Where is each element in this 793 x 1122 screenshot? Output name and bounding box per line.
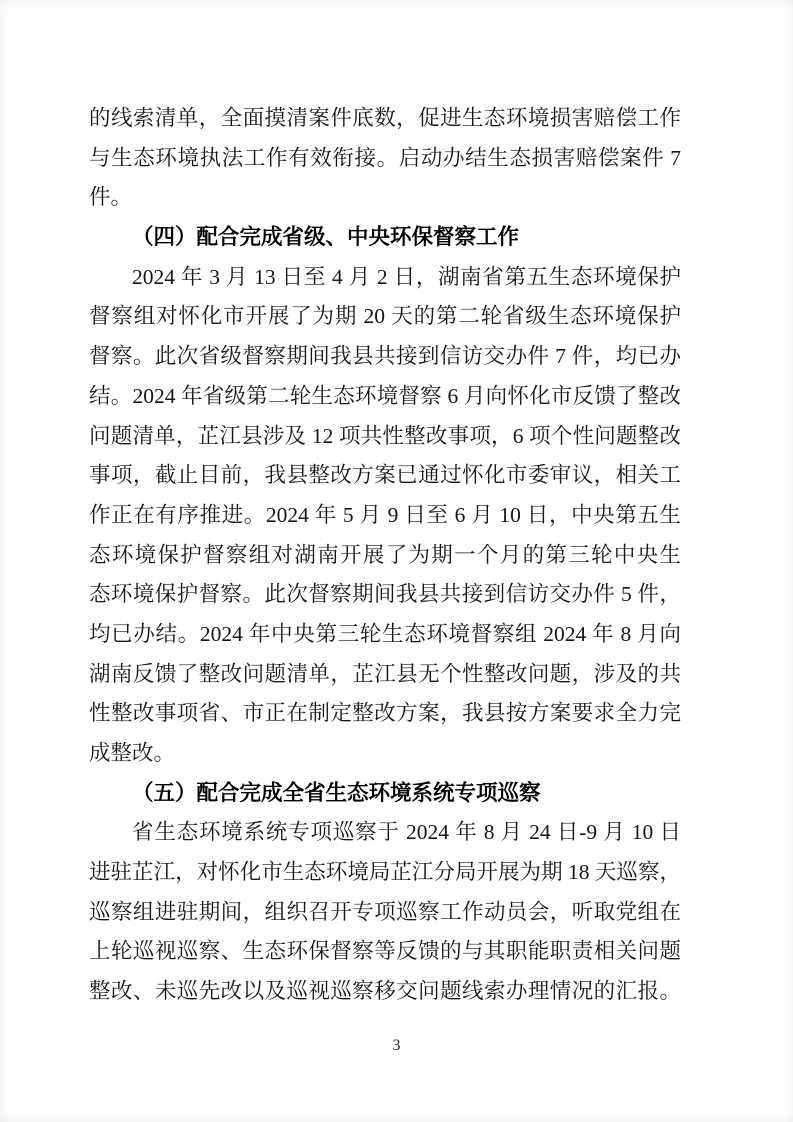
- text-line: 进驻芷江，对怀化市生态环境局芷江分局开展为期 18 天巡察，: [89, 853, 681, 893]
- text-line: 督察。此次省级督察期间我县共接到信访交办件 7 件，均已办: [89, 337, 681, 377]
- page-number: 3: [393, 1037, 401, 1054]
- text-line: 成整改。: [89, 734, 681, 774]
- text-line: 性整改事项省、市正在制定整改方案，我县按方案要求全力完: [89, 694, 681, 734]
- text-line: 均已办结。2024 年中央第三轮生态环境督察组 2024 年 8 月向: [89, 615, 681, 655]
- text-line: 省生态环境系统专项巡察于 2024 年 8 月 24 日-9 月 10 日: [89, 813, 681, 853]
- text-line: 态环境保护督察。此次督察期间我县共接到信访交办件 5 件，: [89, 575, 681, 615]
- text-line: 湖南反馈了整改问题清单，芷江县无个性整改问题，涉及的共: [89, 655, 681, 695]
- section-heading: （五）配合完成全省生态环境系统专项巡察: [89, 774, 681, 814]
- text-line: 问题清单，芷江县涉及 12 项共性整改事项，6 项个性问题整改: [89, 417, 681, 457]
- text-content: 的线索清单，全面摸清案件底数，促进生态环境损害赔偿工作与生态环境执法工作有效衔接…: [89, 99, 681, 1012]
- text-line: 结。2024 年省级第二轮生态环境督察 6 月向怀化市反馈了整改: [89, 377, 681, 417]
- text-line: 上轮巡视巡察、生态环保督察等反馈的与其职能职责相关问题: [89, 932, 681, 972]
- document-page: 的线索清单，全面摸清案件底数，促进生态环境损害赔偿工作与生态环境执法工作有效衔接…: [0, 0, 793, 1122]
- text-line: 整改、未巡先改以及巡视巡察移交问题线索办理情况的汇报。: [89, 972, 681, 1012]
- text-line: 2024 年 3 月 13 日至 4 月 2 日，湖南省第五生态环境保护: [89, 258, 681, 298]
- text-line: 的线索清单，全面摸清案件底数，促进生态环境损害赔偿工作: [89, 99, 681, 139]
- text-line: 态环境保护督察组对湖南开展了为期一个月的第三轮中央生: [89, 536, 681, 576]
- section-heading: （四）配合完成省级、中央环保督察工作: [89, 218, 681, 258]
- text-line: 督察组对怀化市开展了为期 20 天的第二轮省级生态环境保护: [89, 297, 681, 337]
- text-line: 作正在有序推进。2024 年 5 月 9 日至 6 月 10 日，中央第五生: [89, 496, 681, 536]
- text-line: 与生态环境执法工作有效衔接。启动办结生态损害赔偿案件 7: [89, 139, 681, 179]
- page-number-footer: 3: [0, 1034, 793, 1058]
- text-line: 事项，截止目前，我县整改方案已通过怀化市委审议，相关工: [89, 456, 681, 496]
- text-line: 巡察组进驻期间，组织召开专项巡察工作动员会，听取党组在: [89, 893, 681, 933]
- text-line: 件。: [89, 178, 681, 218]
